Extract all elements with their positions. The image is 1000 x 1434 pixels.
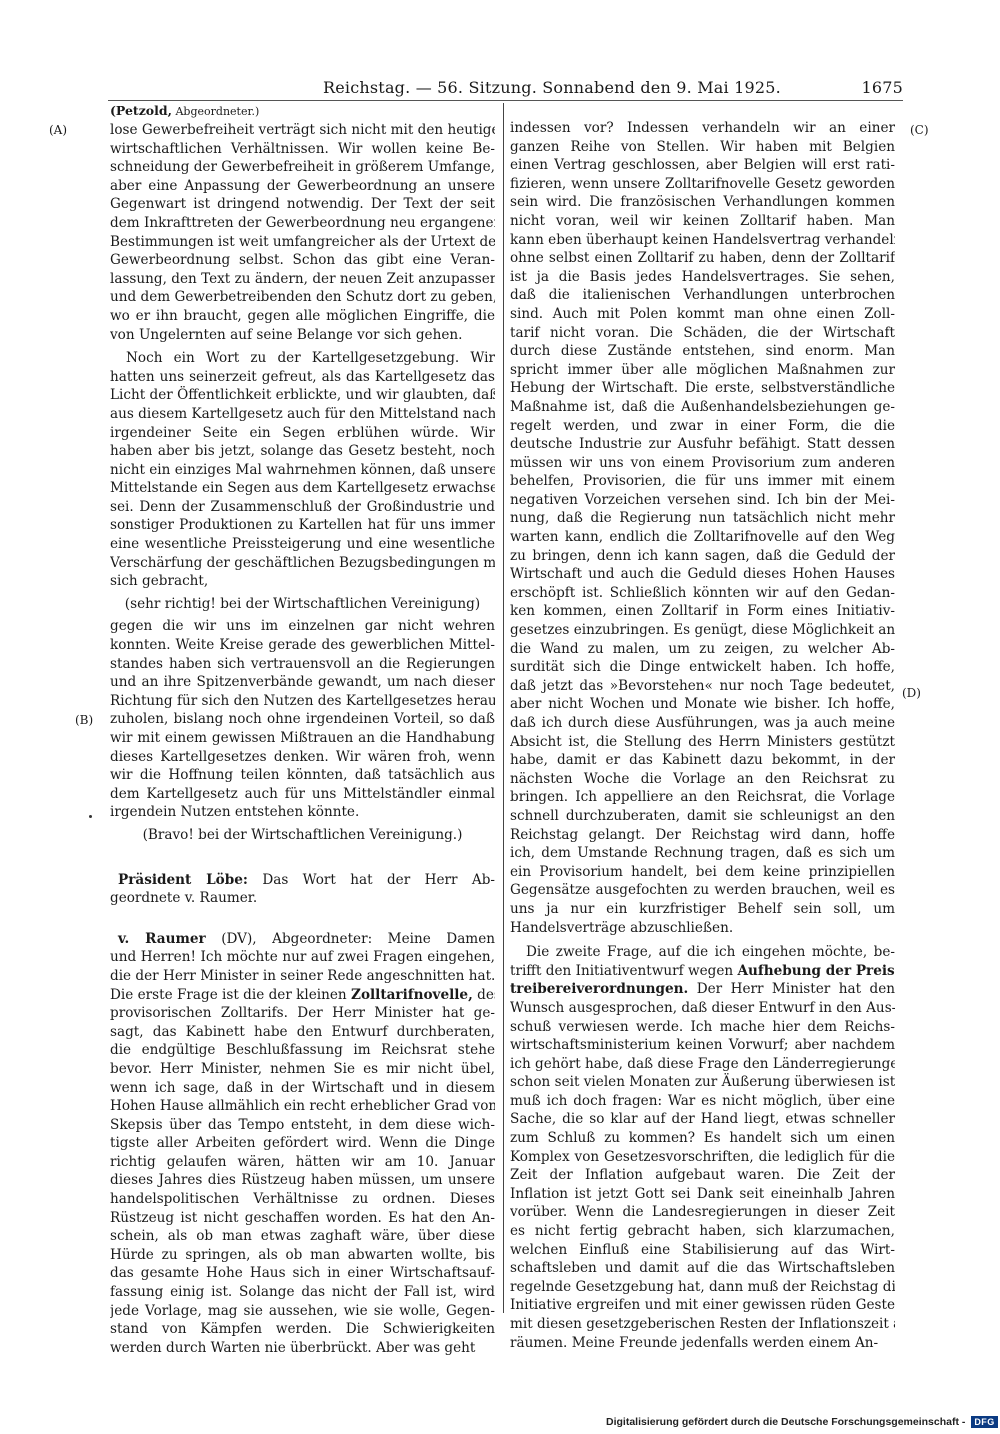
text-line: irgendeiner Seite ein Segen erblühen wür… — [110, 424, 495, 443]
header-rule — [108, 100, 903, 101]
text-line: sei. Denn der Zusammenschluß der Großind… — [110, 498, 495, 517]
text-line: stand von Kämpfen werden. Die Schwierigk… — [110, 1320, 495, 1339]
text-line: es nicht fertig gebracht haben, sich kla… — [510, 1222, 895, 1241]
text-line: schaftsleben und damit auf die das Wirts… — [510, 1259, 895, 1278]
text-line: wenn ich sage, daß in der Wirtschaft und… — [110, 1079, 495, 1098]
text-line: tigste aller Arbeiten gefördert wird. We… — [110, 1134, 495, 1153]
text-line: richtig gelaufen wären, hätten wir am 10… — [110, 1153, 495, 1172]
text-line: ich gehört habe, daß diese Frage den Län… — [510, 1055, 895, 1074]
text-line: warten kann, endlich die Zolltarifnovell… — [510, 528, 895, 547]
text-line: Hebung der Wirtschaft. Die erste, selbst… — [510, 379, 895, 398]
text-line: daß die italienischen Verhandlungen unte… — [510, 286, 895, 305]
text-line: Komplex von Gesetzesvorschriften, die le… — [510, 1148, 895, 1167]
text-line: die Wand zu malen, um zu zeigen, zu welc… — [510, 640, 895, 659]
text-line: negativen Vorzeichen versehen sind. Ich … — [510, 491, 895, 510]
text-line: schuß verwiesen werde. Ich mache hier de… — [510, 1018, 895, 1037]
text-line: werden durch Warten nie überbrückt. Aber… — [110, 1339, 495, 1358]
speaker-continuation: (Petzold, Abgeordneter.) — [110, 103, 495, 120]
paragraph-gewerbefreiheit: lose Gewerbefreiheit verträgt sich nicht… — [110, 121, 495, 344]
text-line: die der Herr Minister in seiner Rede ang… — [110, 967, 495, 986]
text-line: Mittelstande ein Segen aus dem Kartellge… — [110, 479, 495, 498]
text-line: wir mit einem gewissen Mißtrauen an die … — [110, 729, 495, 748]
text-line: zum Schluß zu kommen? Es handelt sich um… — [510, 1129, 895, 1148]
text-line: wo er ihn braucht, gegen alle möglichen … — [110, 307, 495, 326]
text-line: Wunsch ausgesprochen, daß dieser Entwurf… — [510, 999, 895, 1018]
text-line: räumen. Meine Freunde jedenfalls werden … — [510, 1334, 895, 1353]
text-line: aus diesem Kartellgesetz auch für den Mi… — [110, 405, 495, 424]
text-line: schein, als ob man etwas zaghaft wäre, ü… — [110, 1227, 495, 1246]
party: (DV), — [221, 931, 256, 947]
text-line: fizieren, wenn unsere Zolltarifnovelle G… — [510, 175, 895, 194]
text-line: kann eben überhaupt keinen Handelsvertra… — [510, 231, 895, 250]
text-line: daß jetzt das »Bevorstehen« nur noch Tag… — [510, 677, 895, 696]
text-line: konnten. Weite Kreise gerade des gewerbl… — [110, 636, 495, 655]
text-line: Absicht ist, die Stellung des Herrn Mini… — [510, 733, 895, 752]
speaker-name: (Petzold, — [110, 103, 172, 118]
text-line: fassung einig ist. Solange das nicht der… — [110, 1283, 495, 1302]
text-line: dem Inkrafttreten der Gewerbeordnung neu… — [110, 214, 495, 233]
paragraph-kartellgesetz: Noch ein Wort zu der Kartellgesetzgebung… — [110, 349, 495, 591]
text-line: Gewerbeordnung selbst. Schon das gibt ei… — [110, 251, 495, 270]
text-line: habe, damit er das Kabinett dazu bekommt… — [510, 751, 895, 770]
document-page: Reichstag. — 56. Sitzung. Sonnabend den … — [0, 0, 1000, 1434]
margin-marker-b: (B) — [75, 713, 93, 727]
text-line: Handelsverträge abzuschließen. — [510, 919, 895, 938]
text-line: dieses Kartellgesetzes denken. Wir wären… — [110, 748, 495, 767]
text-line: ich, dem Umstande Rechnung tragen, daß e… — [510, 844, 895, 863]
text-line: Verschärfung der geschäftlichen Bezugsbe… — [110, 554, 495, 573]
speaker-role: Abgeordneter.) — [175, 105, 259, 118]
text-line: aber eine Anpassung der Gewerbeordnung a… — [110, 177, 495, 196]
text-line: lose Gewerbefreiheit verträgt sich nicht… — [110, 121, 495, 140]
raumer-speech: v. Raumer (DV), Abgeordneter: Meine Dame… — [110, 930, 495, 1358]
right-column: indessen vor? Indessen verhandeln wir an… — [510, 119, 895, 1352]
text-line: muß ich doch fragen: War es nicht möglic… — [510, 1092, 895, 1111]
text-line: standes haben sich vertrauensvoll an die… — [110, 655, 495, 674]
text-line: Initiative ergreifen und mit einer gewis… — [510, 1296, 895, 1315]
text-line: sonstiger Produktionen zu Kartellen hat … — [110, 516, 495, 535]
president-name: Präsident Löbe: — [118, 872, 248, 888]
text-line: mit diesen gesetzgeberischen Resten der … — [510, 1315, 895, 1334]
text-line: Noch ein Wort zu der Kartellgesetzgebung… — [110, 349, 495, 368]
text-line: Zeit der Inflation aufgebaut waren. Die … — [510, 1166, 895, 1185]
margin-marker-a: (A) — [49, 123, 67, 137]
text-line: hatten uns seinerzeit gefreut, als das K… — [110, 368, 495, 387]
zolltarifnovelle-bold: Zolltarifnovelle, — [351, 987, 473, 1003]
text-line: lassung, den Text zu ändern, der neuen Z… — [110, 270, 495, 289]
text-line: sind. Auch mit Polen kommt man ohne eine… — [510, 305, 895, 324]
text-line: bevor. Herr Minister, nehmen Sie es mir … — [110, 1060, 495, 1079]
text-line: daß ich durch diese Ausführungen, was ja… — [510, 714, 895, 733]
text-line: von Ungelernten auf seine Belange vor si… — [110, 326, 495, 345]
left-column: (Petzold, Abgeordneter.) lose Gewerbefre… — [110, 103, 495, 1357]
paragraph-preistreiberei: Die zweite Frage, auf die ich eingehen m… — [510, 943, 895, 1352]
text-line: welchen Einfluß eine Stabilisierung auf … — [510, 1241, 895, 1260]
text-line: zuholen, bislang noch ohne irgendeinen V… — [110, 710, 495, 729]
text-line: Licht der Öffentlichkeit erblickte, und … — [110, 386, 495, 405]
text-line: Rüstzeug ist nicht geschaffen worden. Es… — [110, 1209, 495, 1228]
text-line: indessen vor? Indessen verhandeln wir an… — [510, 119, 895, 138]
text-line: eine wesentliche Preissteigerung und ein… — [110, 535, 495, 554]
header-title: Reichstag. — 56. Sitzung. Sonnabend den … — [323, 78, 781, 97]
text-line: handelspolitischen Verhältnisse zu ordne… — [110, 1190, 495, 1209]
text-line: uns ja nur ein kurzfristiger Behelf sein… — [510, 900, 895, 919]
interjection-bravo: (Bravo! bei der Wirtschaftlichen Vereini… — [110, 826, 495, 845]
text-line: ohne selbst einen Zolltarif zu haben, de… — [510, 249, 895, 268]
text-line: schon seit vielen Monaten zur Äußerung ü… — [510, 1073, 895, 1092]
paragraph-zolltarif: indessen vor? Indessen verhandeln wir an… — [510, 119, 895, 937]
text-line: erschöpft ist. Schließlich könnten wir a… — [510, 584, 895, 603]
text-line: wir die Hoffnung teilen könnten, daß tat… — [110, 766, 495, 785]
text-line: jede Vorlage, mag sie aussehen, wie sie … — [110, 1302, 495, 1321]
text-line: schneidung der Gewerbefreiheit in größer… — [110, 158, 495, 177]
page-number: 1675 — [861, 78, 903, 97]
text-line: nächsten Woche die Vorlage an den Reichs… — [510, 770, 895, 789]
text-line: zu bringen, denn ich kann sagen, daß die… — [510, 547, 895, 566]
margin-marker-d: (D) — [902, 686, 921, 700]
text-line: ken kommen, einen Zolltarif in Form eine… — [510, 602, 895, 621]
text-line: vorüber. Wenn die Landesregierungen in d… — [510, 1203, 895, 1222]
text-line: deutsche Industrie zur Ausfuhr befähigt.… — [510, 435, 895, 454]
raumer-name: v. Raumer — [118, 931, 206, 947]
text-line: Wirtschaft und auch die Geduld dieses Ho… — [510, 565, 895, 584]
text-line: haben aber bis jetzt, solange das Gesetz… — [110, 442, 495, 461]
text-line: nicht voran, weil wir keinen Zolltarif h… — [510, 212, 895, 231]
text-line: wirtschaftlichen Verhältnissen. Wir woll… — [110, 140, 495, 159]
text-line: und an ihre Spitzenverbände gewandt, um … — [110, 673, 495, 692]
text-line: Reichstag gelangt. Der Reichstag wird da… — [510, 826, 895, 845]
text-line: Gegenwart ist dringend notwendig. Der Te… — [110, 195, 495, 214]
dfg-logo: DFG — [971, 1416, 998, 1428]
interjection-sehr-richtig: (sehr richtig! bei der Wirtschaftlichen … — [110, 595, 495, 614]
text-line: nung, daß die Regierung nun tatsächlich … — [510, 509, 895, 528]
text-line: ganzen Reihe von Stellen. Wir haben mit … — [510, 138, 895, 157]
text-line: wirtschaftsministerium keinen Vorwurf; a… — [510, 1036, 895, 1055]
text-line: spricht immer über alle möglichen Maßnah… — [510, 361, 895, 380]
text-line: gegen die wir uns im einzelnen gar nicht… — [110, 617, 495, 636]
text-line: und dem Gewerbetreibenden den Schutz dor… — [110, 288, 495, 307]
text-line: tarif nicht voran. Die Schäden, die der … — [510, 324, 895, 343]
page-header: Reichstag. — 56. Sitzung. Sonnabend den … — [108, 78, 903, 100]
text-line: Skepsis über das Tempo entsteht, in dem … — [110, 1116, 495, 1135]
text-line: Hohen Hause allmählich ein recht erhebli… — [110, 1097, 495, 1116]
text-line: irgendein Nutzen entstehen könnte. — [110, 803, 495, 822]
text-line: Hürde zu springen, als ob man abwarten w… — [110, 1246, 495, 1265]
text-line: einen Vertrag geschlossen, aber Belgien … — [510, 156, 895, 175]
text-line: regelt werden, und zwar in einer Form, d… — [510, 417, 895, 436]
president-statement: Präsident Löbe: Das Wort hat der Herr Ab… — [110, 871, 495, 908]
text-line: regelnde Gesetzgebung hat, dann muß der … — [510, 1278, 895, 1297]
text-line: provisorischen Zolltarifs. Der Herr Mini… — [110, 1004, 495, 1023]
text-line: müssen wir uns von einem Provisorium zum… — [510, 454, 895, 473]
margin-marker-c: (C) — [910, 123, 929, 137]
text-line: gesetzes einzubringen. Es genügt, diese … — [510, 621, 895, 640]
text-line: sagt, das Kabinett habe den Entwurf durc… — [110, 1023, 495, 1042]
text-line: Sache, die so klar auf der Hand liegt, e… — [510, 1110, 895, 1129]
text-line: aber nicht Wochen und Monate wie bisher.… — [510, 695, 895, 714]
text-line: Richtung für sich den Nutzen des Kartell… — [110, 692, 495, 711]
text-line: Maßnahme ist, daß die Außenhandelsbezieh… — [510, 398, 895, 417]
text-line: bringen. Ich appelliere an den Reichsrat… — [510, 788, 895, 807]
text-line: Inflation ist jetzt Gott sei Dank seit e… — [510, 1185, 895, 1204]
text-line: ein Provisorium handelt, bei dem keine p… — [510, 863, 895, 882]
text-line: ist ja die Basis jedes Handelsvertrages.… — [510, 268, 895, 287]
text-line: dem Kartellgesetz auch für uns Mittelstä… — [110, 785, 495, 804]
text-line: das gesamte Hohe Haus sich in einer Wirt… — [110, 1264, 495, 1283]
text-line: die endgültige Beschlußfassung im Reichs… — [110, 1041, 495, 1060]
margin-dot — [89, 815, 92, 818]
text-line: sein wird. Die französischen Verhandlung… — [510, 193, 895, 212]
column-divider — [503, 103, 504, 1313]
text-line: und Herren! Ich möchte nur auf zwei Frag… — [110, 948, 495, 967]
text-line: behelfen, Provisorien, die für uns immer… — [510, 472, 895, 491]
text-line: nicht ein einziges Mal wahrnehmen können… — [110, 461, 495, 480]
text-line: schnell durchzuberaten, damit sie schleu… — [510, 807, 895, 826]
paragraph-kartellgesetz-cont: gegen die wir uns im einzelnen gar nicht… — [110, 617, 495, 822]
text-line: durch diese Zustände entstehen, sind eno… — [510, 342, 895, 361]
text-line: sich gebracht, — [110, 572, 495, 591]
text-line: Gegensätze ausgefochten zu werden brauch… — [510, 881, 895, 900]
text-line: dieses Jahres dies Rüstzeug haben müssen… — [110, 1171, 495, 1190]
digitization-credit: Digitalisierung gefördert durch die Deut… — [606, 1416, 998, 1428]
text-line: Bestimmungen ist weit umfangreicher als … — [110, 233, 495, 252]
text-line: surdität sich die Dinge entwickelt haben… — [510, 658, 895, 677]
